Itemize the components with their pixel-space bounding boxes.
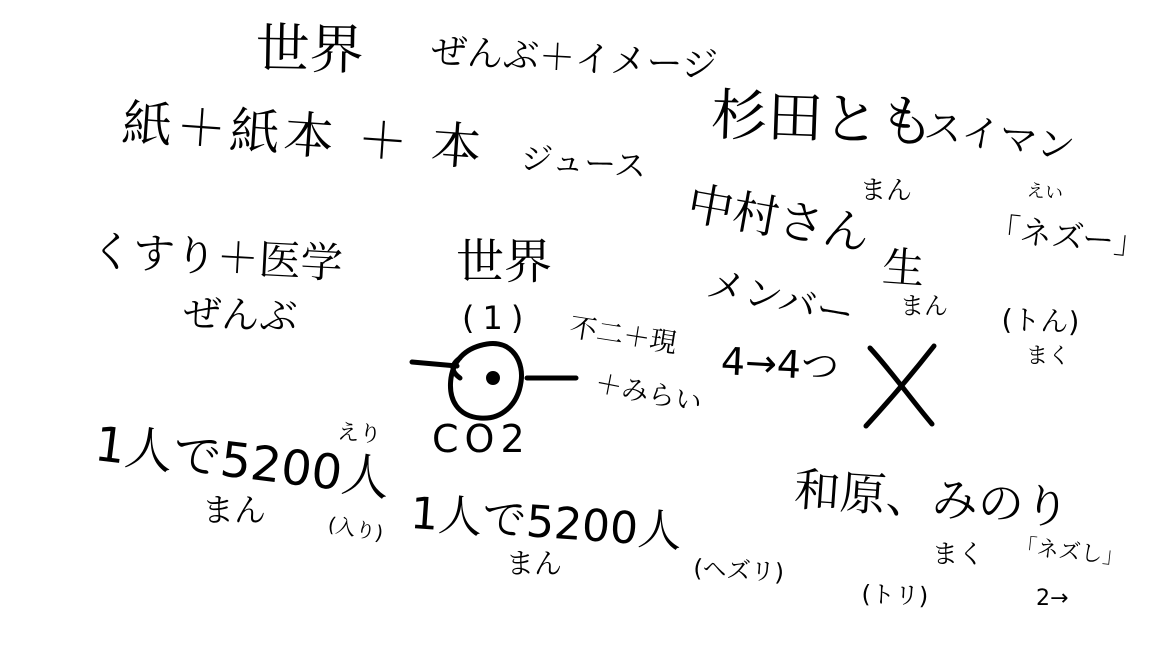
x-mark-doodle — [852, 336, 952, 436]
note-eri-small: えり — [336, 422, 381, 447]
note-wahara-minori: 和原、みのり — [793, 466, 1072, 531]
note-two-arrow: 2→ — [1036, 588, 1068, 610]
note-man-sugita: まん — [860, 178, 912, 204]
note-iri-paren: (入り) — [327, 514, 385, 543]
note-man-sei: まん — [900, 294, 948, 318]
note-tori-paren: (トリ) — [861, 582, 929, 608]
note-nakamura-san: 中村さん — [684, 180, 873, 257]
note-sei: 生 — [881, 246, 926, 291]
note-man-5200-center: まん — [506, 550, 562, 578]
note-member: メンバー — [703, 264, 857, 335]
note-sugita-tomo: 杉田とも — [710, 88, 936, 152]
note-suiman: スイマン — [922, 106, 1077, 167]
note-nezushi-bracket: 「ネズし」 — [1014, 536, 1126, 569]
note-ton-paren: (トん) — [1001, 306, 1080, 337]
note-ei-tiny: えい — [1026, 182, 1064, 204]
note-maku-bottom: まく — [932, 542, 984, 568]
note-sekai-center: 世界 — [456, 238, 552, 286]
note-kami-kamihon-hon: 紙＋紙本 ＋ 本 — [121, 98, 487, 173]
note-zenbu-left: ぜんぶ — [183, 294, 298, 336]
drawing-canvas[interactable]: 世界 ぜんぶ＋イメージ 紙＋紙本 ＋ 本 ジュース 杉田とも スイマン まん 中… — [0, 0, 1152, 648]
note-maku-right: まく — [1026, 346, 1070, 368]
note-kusuri-igaku: くすり＋医学 — [90, 230, 344, 285]
note-hezuri-paren: (ヘズリ) — [693, 556, 785, 585]
note-four-to-four: 4→4つ — [720, 342, 840, 386]
note-co2: CO2 — [432, 420, 531, 458]
note-nezu-bracket-top: 「ネズー」 — [987, 212, 1148, 260]
note-zenbu-image: ぜんぶ＋イメージ — [430, 34, 718, 85]
note-hitori-5200-center: 1人で5200人 — [409, 492, 683, 555]
note-sekai-top: 世界 — [255, 22, 364, 78]
note-man-5200-left: まん — [202, 494, 266, 526]
note-juice: ジュース — [520, 142, 648, 183]
